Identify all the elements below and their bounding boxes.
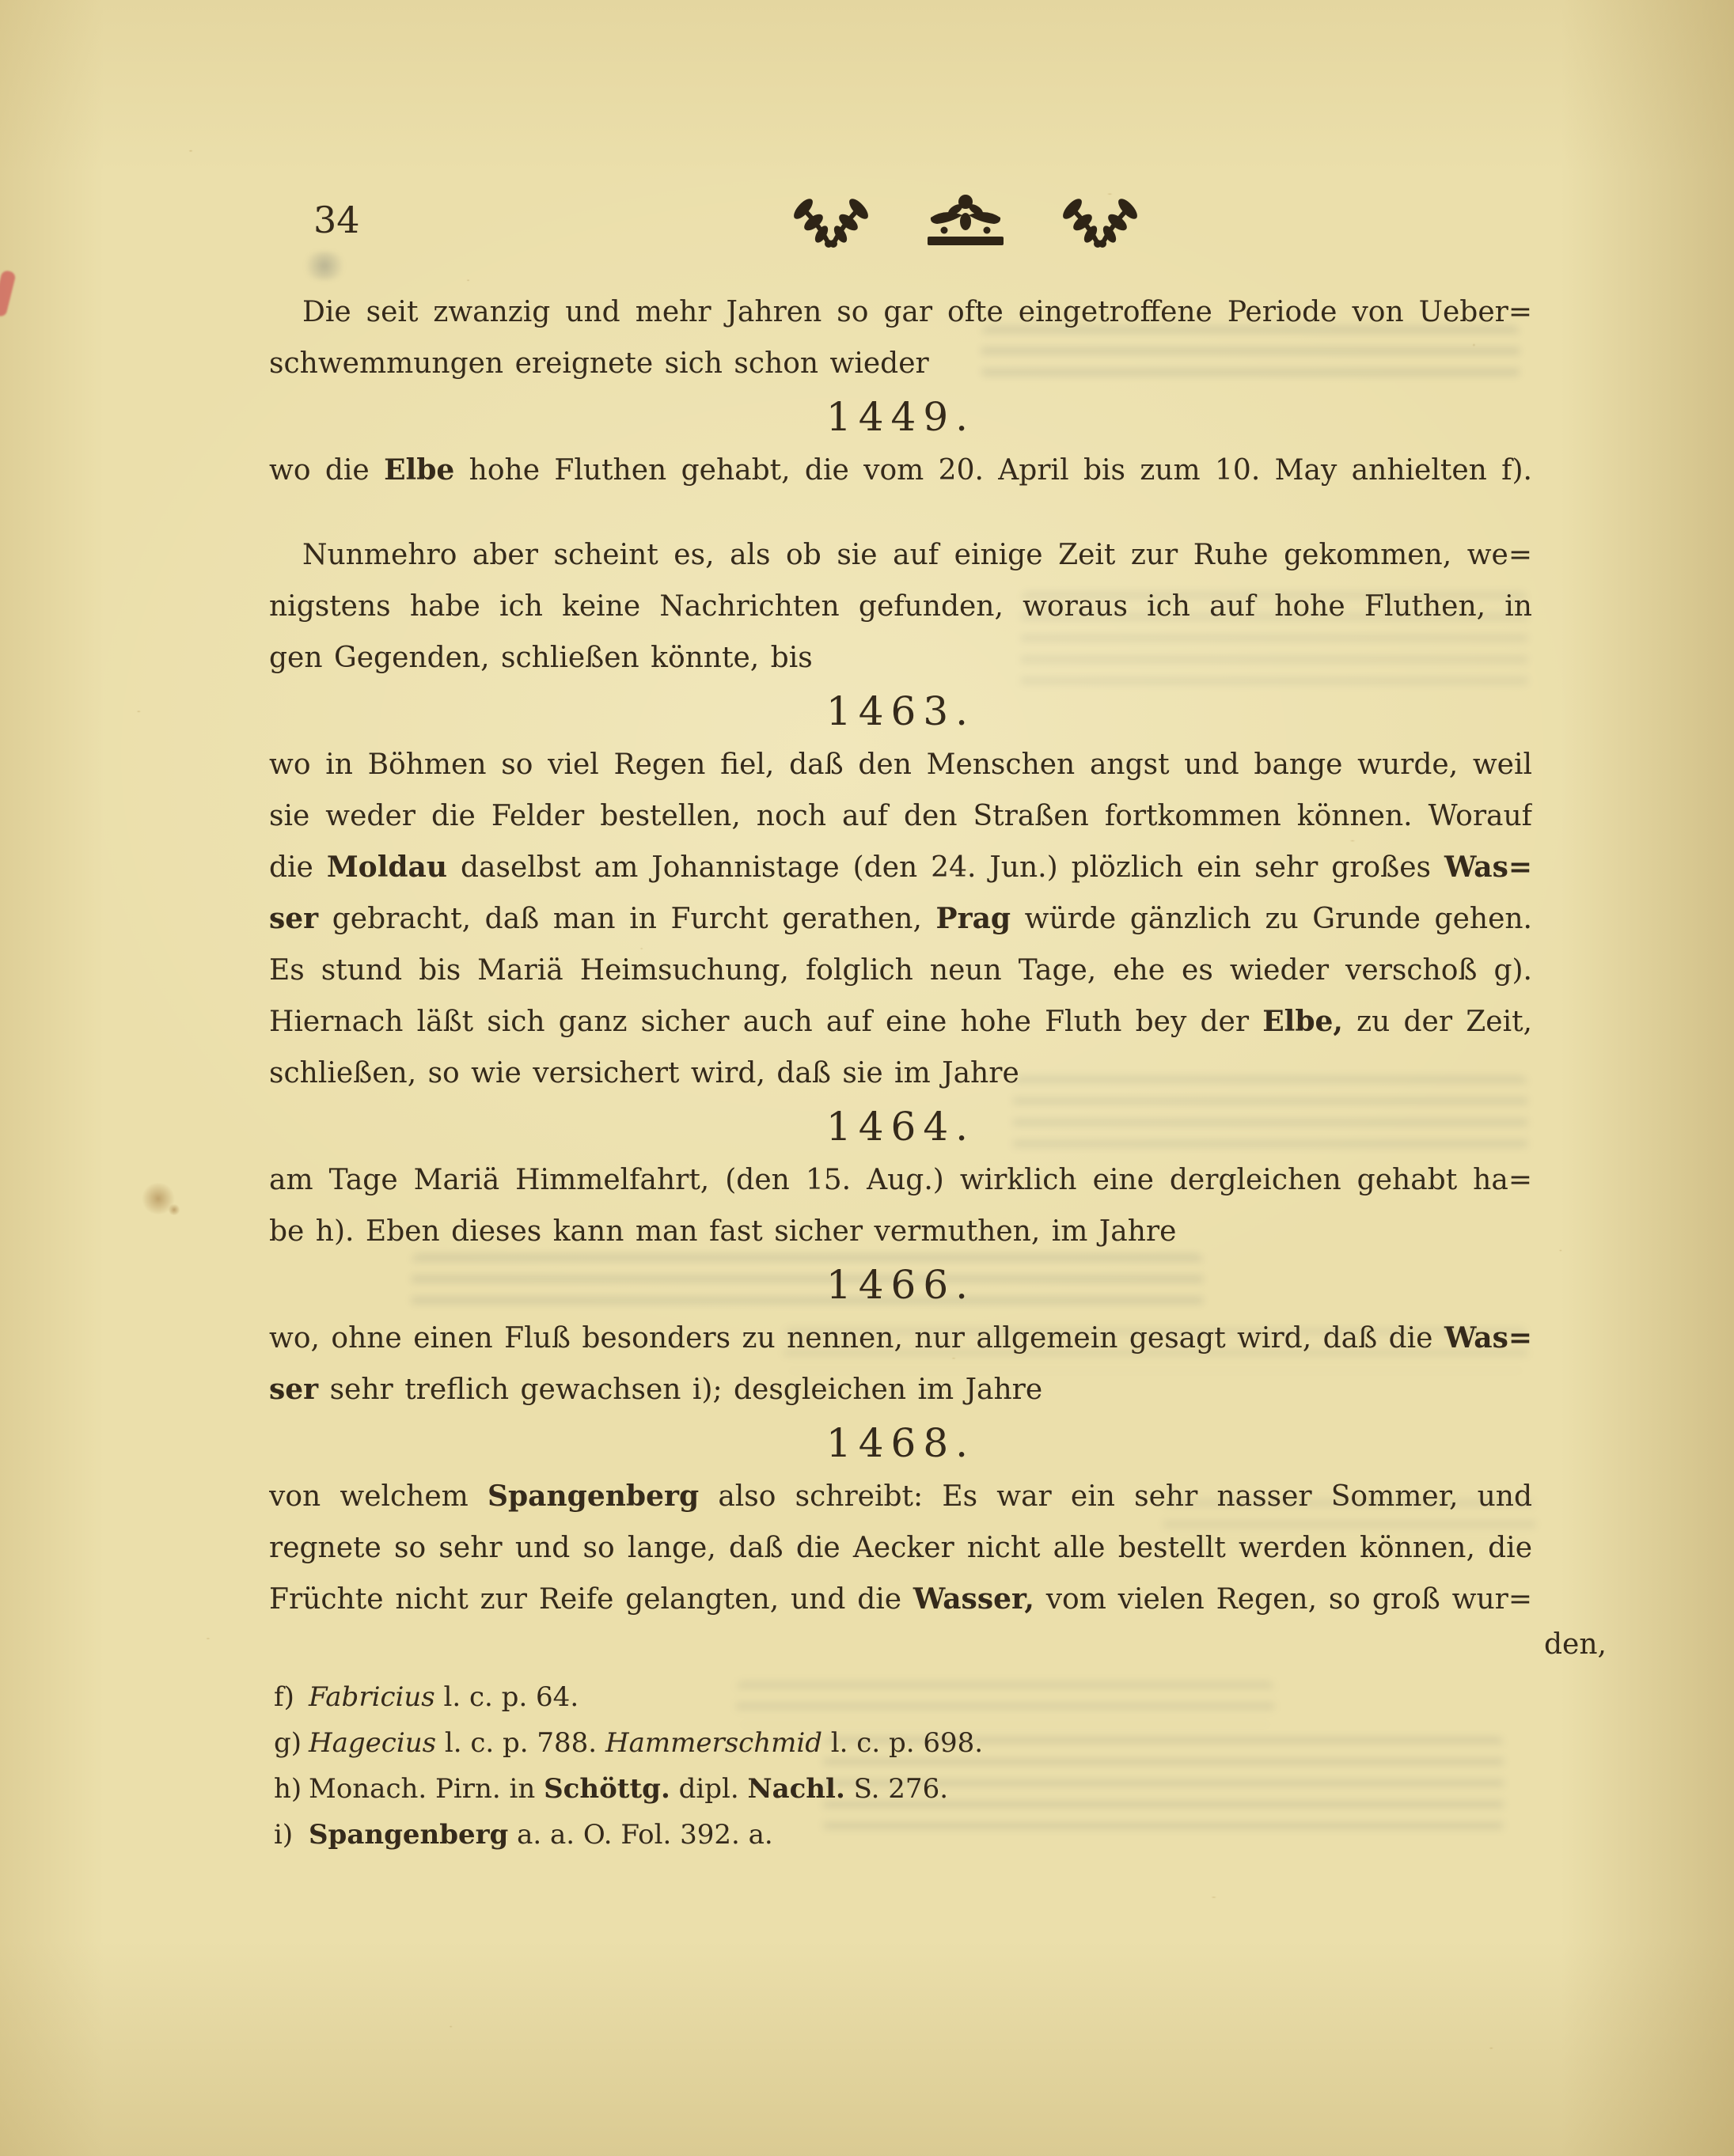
footnote: f)Fabricius l. c. p. 64. bbox=[274, 1674, 1508, 1720]
text-line: be h). Eben dieses kann man fast sicher … bbox=[269, 1206, 1532, 1257]
footnote: h)Monach. Pirn. in Schöttg. dipl. Nachl.… bbox=[274, 1766, 1508, 1812]
year-heading: 1466. bbox=[269, 1257, 1532, 1313]
text-line: schließen, so wie versichert wird, daß s… bbox=[269, 1048, 1532, 1099]
main-text-block: Die seit zwanzig und mehr Jahren so gar … bbox=[269, 286, 1532, 1625]
year-heading: 1468. bbox=[269, 1415, 1532, 1471]
text-line: schwemmungen ereignete sich schon wieder bbox=[269, 338, 1532, 389]
footnote-text: Spangenberg a. a. O. Fol. 392. a. bbox=[309, 1812, 1508, 1858]
year-heading: 1464. bbox=[269, 1099, 1532, 1154]
paragraph-gap bbox=[269, 496, 1532, 529]
footnote-text: Hagecius l. c. p. 788. Hammerschmid l. c… bbox=[309, 1720, 1508, 1766]
red-edge-mark bbox=[0, 270, 17, 318]
text-line: wo in Böhmen so viel Regen fiel, daß den… bbox=[269, 739, 1532, 790]
text-line: Früchte nicht zur Reife gelangten, und d… bbox=[269, 1574, 1532, 1625]
paper-stain bbox=[301, 252, 348, 280]
fleuron-ornament-icon bbox=[780, 187, 1152, 253]
text-line: Nunmehro aber scheint es, als ob sie auf… bbox=[269, 529, 1532, 581]
paper-stain bbox=[168, 1204, 180, 1215]
catchword: den, bbox=[1448, 1628, 1607, 1661]
book-page-scan: 34 bbox=[0, 0, 1734, 2156]
footnote-text: Fabricius l. c. p. 64. bbox=[309, 1674, 1508, 1720]
footnote: g)Hagecius l. c. p. 788. Hammerschmid l.… bbox=[274, 1720, 1508, 1766]
year-heading: 1449. bbox=[269, 389, 1532, 445]
footnote-label: h) bbox=[274, 1766, 309, 1812]
footnotes-block: f)Fabricius l. c. p. 64.g)Hagecius l. c.… bbox=[274, 1674, 1508, 1858]
text-line: gen Gegenden, schließen könnte, bis bbox=[269, 632, 1532, 684]
text-line: wo, ohne einen Fluß besonders zu nennen,… bbox=[269, 1313, 1532, 1364]
page-number: 34 bbox=[313, 196, 360, 244]
text-line: regnete so sehr und so lange, daß die Ae… bbox=[269, 1522, 1532, 1574]
text-line: wo die Elbe hohe Fluthen gehabt, die vom… bbox=[269, 445, 1532, 496]
footnote-label: g) bbox=[274, 1720, 309, 1766]
text-line: nigstens habe ich keine Nachrichten gefu… bbox=[269, 581, 1532, 632]
header-ornament bbox=[780, 187, 1152, 253]
text-line: Die seit zwanzig und mehr Jahren so gar … bbox=[269, 286, 1532, 338]
footnote-label: f) bbox=[274, 1674, 309, 1720]
text-line: die Moldau daselbst am Johannistage (den… bbox=[269, 842, 1532, 893]
text-line: von welchem Spangenberg also schreibt: E… bbox=[269, 1471, 1532, 1522]
text-line: Hiernach läßt sich ganz sicher auch auf … bbox=[269, 996, 1532, 1048]
text-line: am Tage Mariä Himmelfahrt, (den 15. Aug.… bbox=[269, 1154, 1532, 1206]
footnote-label: i) bbox=[274, 1812, 309, 1858]
text-line: ser sehr treflich gewachsen i); desgleic… bbox=[269, 1364, 1532, 1415]
paper-stain bbox=[141, 1183, 176, 1214]
footnote: i)Spangenberg a. a. O. Fol. 392. a. bbox=[274, 1812, 1508, 1858]
year-heading: 1463. bbox=[269, 684, 1532, 739]
text-line: sie weder die Felder bestellen, noch auf… bbox=[269, 790, 1532, 842]
footnote-text: Monach. Pirn. in Schöttg. dipl. Nachl. S… bbox=[309, 1766, 1508, 1812]
text-line: Es stund bis Mariä Heimsuchung, folglich… bbox=[269, 945, 1532, 996]
text-line: ser gebracht, daß man in Furcht gerathen… bbox=[269, 893, 1532, 945]
